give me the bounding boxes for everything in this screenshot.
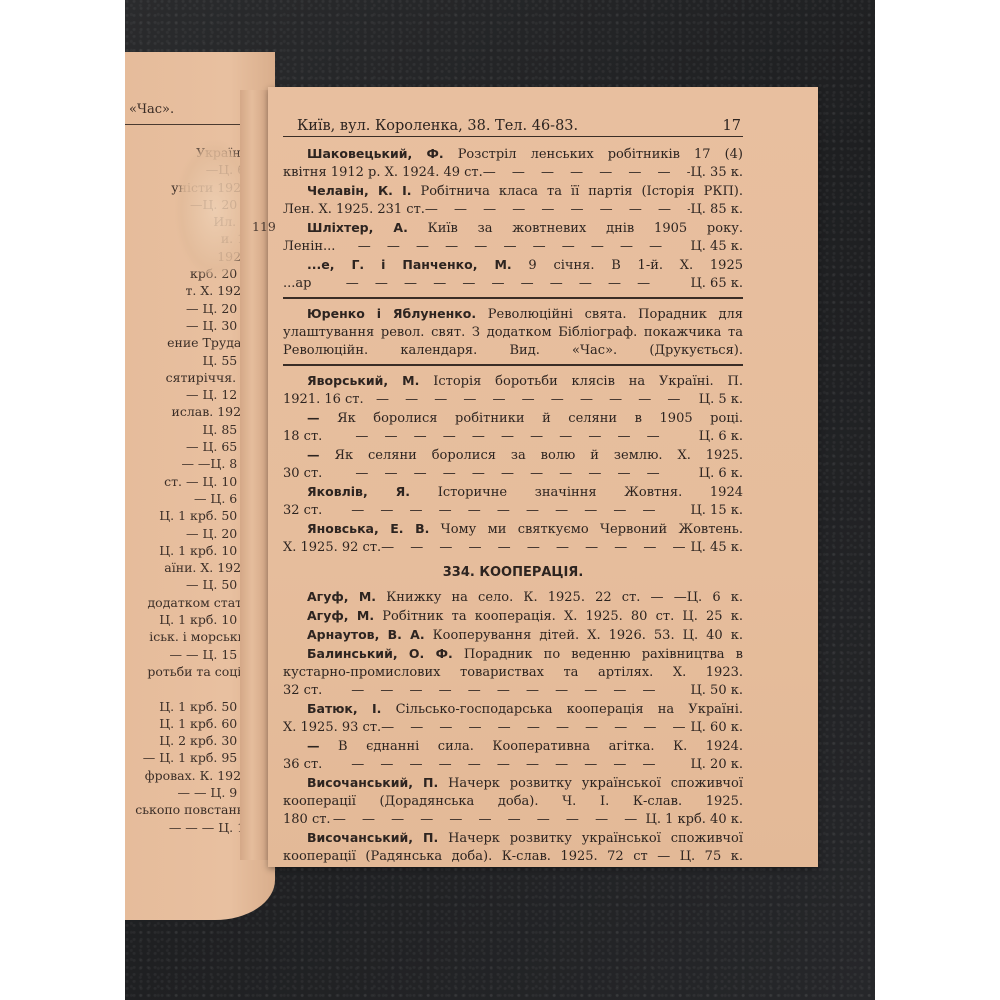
bibliography-entry: — Як боролися робітники й селяни в 1905 … — [283, 409, 743, 446]
dash-leader: — — — — — — — — — — — — [483, 164, 691, 182]
entry-price: Ц. 85 к. — [690, 201, 743, 219]
dash-leader: — — — — — — — — — — — — [322, 428, 698, 446]
entry-price-line: ...ар— — — — — — — — — — —Ц. 65 к. — [283, 275, 743, 293]
entry-first-line: — В єднанні сила. Кооперативна агітка. К… — [283, 737, 743, 756]
running-head: Київ, вул. Короленка, 38. Тел. 46-83. 17 — [283, 118, 743, 137]
entries-block-3: Яворський, М. Історія боротьби клясів на… — [283, 372, 743, 557]
entry-author: Батюк, І. — [307, 701, 381, 716]
entry-first-line: — Як селяни боролися за волю й землю. Х.… — [283, 446, 743, 465]
bibliography-entry: Арнаутов, В. А. Кооперування дітей. Х. 1… — [283, 626, 743, 645]
entry-author: Височанський, П. — [307, 775, 438, 790]
entry-price: Ц. 1 крб. 40 к. — [646, 811, 743, 829]
entry-first-line: Яновська, Е. В. Чому ми святкуємо Червон… — [283, 520, 743, 539]
margin-stub: 119 — [252, 219, 276, 234]
dash-leader: — — — — — — — — — — — — [364, 391, 699, 409]
dash-leader: — — — — — — — — — — — — [331, 811, 646, 829]
dash-leader: — — — — — — — — — — — — [311, 275, 690, 293]
entry-author: Шаковецький, Ф. — [307, 146, 444, 161]
bibliography-entry: Яковлів, Я. Історичне значіння Жовтня. 1… — [283, 483, 743, 520]
entries-block-1: Шаковецький, Ф. Розстріл ленських робітн… — [283, 145, 743, 293]
entry-price: Ц. 45 к. — [690, 238, 743, 256]
entry-text: Сільсько-господарська кооперація на Укра… — [396, 702, 743, 717]
dash-leader: — — — — — — — — — — — — [322, 502, 690, 520]
entry-price: Ц. 20 к. — [690, 756, 743, 774]
separator-rule — [283, 364, 743, 366]
bibliography-entry: Челавін, К. І. Робітнича класа та її пар… — [283, 182, 743, 219]
entry-first-line: Височанський, П. Начерк розвитку українс… — [283, 829, 743, 866]
entry-price-line: Х. 1925. 93 ст.— — — — — — — — — — —Ц. 6… — [283, 719, 743, 737]
entry-price: Ц. 15 к. — [690, 502, 743, 520]
bibliography-entry: Агуф, М. Робітник та кооперація. Х. 1925… — [283, 607, 743, 626]
bibliography-entry: — В єднанні сила. Кооперативна агітка. К… — [283, 737, 743, 774]
entry-price-line: Х. 1925. 92 ст.— — — — — — — — — — —Ц. 4… — [283, 539, 743, 557]
entry-text: Розстріл ленських робітників 17 (4) — [458, 147, 743, 162]
entry-author: — — [307, 410, 320, 425]
entry-author: — — [307, 447, 320, 462]
entry-continuation: Х. 1925. 92 ст. — [283, 539, 381, 557]
entry-text: Як селяни боролися за волю й землю. Х. 1… — [334, 448, 743, 463]
entry-author: ...е, Г. і Панченко, М. — [307, 257, 512, 272]
entry-author: Агуф, М. — [307, 608, 374, 623]
entry-price-line: 1921. 16 ст.— — — — — — — — — — —Ц. 5 к. — [283, 391, 743, 409]
entry-continuation: 18 ст. — [283, 428, 322, 446]
left-page-header: «Час». — [129, 102, 174, 117]
entry-author: — — [307, 738, 320, 753]
entry-continuation: 30 ст. — [283, 465, 322, 483]
entry-author: Яновська, Е. В. — [307, 521, 429, 536]
entry-price-line: квітня 1912 р. Х. 1924. 49 ст.— — — — — … — [283, 164, 743, 182]
bibliography-entry: Балинський, О. Ф. Порадник по веденню ра… — [283, 645, 743, 700]
entry-price-line: 36 ст.— — — — — — — — — — —Ц. 20 к. — [283, 756, 743, 774]
entry-author: Яковлів, Я. — [307, 484, 410, 499]
entry-continuation: Х. 1925. 93 ст. — [283, 719, 381, 737]
bibliography-entry: Височанський, П. Начерк розвитку українс… — [283, 774, 743, 829]
entry-price: Ц. 35 к. — [690, 164, 743, 182]
entry-text: 9 січня. В 1-й. Х. 1925 — [528, 258, 743, 273]
dash-leader: — — — — — — — — — — — — [322, 682, 690, 700]
entry-text: Кооперування дітей. Х. 1926. 53. Ц. 40 к… — [433, 628, 743, 643]
dash-leader: — — — — — — — — — — — — [322, 465, 698, 483]
entry-price: Ц. 5 к. — [699, 391, 743, 409]
entries-block-cooperation: Агуф, М. Книжку на село. К. 1925. 22 ст.… — [283, 588, 743, 866]
entry-first-line: Шаковецький, Ф. Розстріл ленських робітн… — [283, 145, 743, 164]
separator-rule — [283, 297, 743, 299]
entry-continuation: Ленін... — [283, 238, 335, 256]
entry-text: Робітнича класа та її партія (Історія РК… — [420, 184, 743, 199]
bibliography-entry: Шаковецький, Ф. Розстріл ленських робітн… — [283, 145, 743, 182]
bibliography-entry: Яновська, Е. В. Чому ми святкуємо Червон… — [283, 520, 743, 557]
page-number: 17 — [723, 118, 741, 134]
entry-continuation: 36 ст. — [283, 756, 322, 774]
bibliography-entry: Батюк, І. Сільсько-господарська кооперац… — [283, 700, 743, 737]
entry-price: Ц. 65 к. — [690, 275, 743, 293]
entry-price: Ц. 6 к. — [699, 465, 743, 483]
entry-text: Книжку на село. К. 1925. 22 ст. — —Ц. 6 … — [386, 590, 743, 605]
entry-price-line: 32 ст.— — — — — — — — — — —Ц. 50 к. — [283, 682, 743, 700]
entry-continuation: ...ар — [283, 275, 311, 293]
dash-leader: — — — — — — — — — — — — [381, 719, 690, 737]
entry-continuation: квітня 1912 р. Х. 1924. 49 ст. — [283, 164, 483, 182]
entry-author: Арнаутов, В. А. — [307, 627, 425, 642]
entry-text: Історія боротьби клясів на Україні. П. — [433, 374, 743, 389]
entry-text: Київ за жовтневих днів 1905 року. — [428, 221, 743, 236]
bibliography-entry: — Як селяни боролися за волю й землю. Х.… — [283, 446, 743, 483]
entry-first-line: — Як боролися робітники й селяни в 1905 … — [283, 409, 743, 428]
dash-leader: — — — — — — — — — — — — [335, 238, 690, 256]
entry-price-line: 30 ст.— — — — — — — — — — —Ц. 6 к. — [283, 465, 743, 483]
dash-leader: — — — — — — — — — — — — [425, 201, 691, 219]
entry-price: Ц. 60 к. — [690, 719, 743, 737]
entry-text: Історичне значіння Жовтня. 1924 — [438, 485, 743, 500]
entry-continuation: Лен. Х. 1925. 231 ст. — [283, 201, 425, 219]
dash-leader: — — — — — — — — — — — — [322, 756, 690, 774]
entry-author: Височанський, П. — [307, 830, 438, 845]
entry-text: Чому ми святкуємо Червоний Жовтень. — [441, 522, 743, 537]
entry-author: Балинський, О. Ф. — [307, 646, 453, 661]
entry-price-line: Лен. Х. 1925. 231 ст.— — — — — — — — — —… — [283, 201, 743, 219]
entry-first-line: Височанський, П. Начерк розвитку українс… — [283, 774, 743, 811]
entry-first-line: ...е, Г. і Панченко, М. 9 січня. В 1-й. … — [283, 256, 743, 275]
entry-price: Ц. 45 к. — [690, 539, 743, 557]
bibliography-entry: Яворський, М. Історія боротьби клясів на… — [283, 372, 743, 409]
entry-first-line: Агуф, М. Книжку на село. К. 1925. 22 ст.… — [283, 588, 743, 607]
entry-first-line: Арнаутов, В. А. Кооперування дітей. Х. 1… — [283, 626, 743, 645]
entry-author: Яворський, М. — [307, 373, 419, 388]
bibliography-entry: Шліхтер, А. Київ за жовтневих днів 1905 … — [283, 219, 743, 256]
entry-first-line: Балинський, О. Ф. Порадник по веденню ра… — [283, 645, 743, 682]
entry-first-line: Агуф, М. Робітник та кооперація. Х. 1925… — [283, 607, 743, 626]
entry-text: Як боролися робітники й селяни в 1905 ро… — [337, 411, 743, 426]
entry-author: Юренко і Яблуненко. — [307, 306, 476, 321]
page-gutter — [240, 90, 270, 860]
entry-continuation: 180 ст. — [283, 811, 331, 829]
dash-leader: — — — — — — — — — — — — [381, 539, 690, 557]
entry-first-line: Шліхтер, А. Київ за жовтневих днів 1905 … — [283, 219, 743, 238]
entry-price-line: Ленін...— — — — — — — — — — —Ц. 45 к. — [283, 238, 743, 256]
entry-price: Ц. 50 к. — [690, 682, 743, 700]
right-page-content: Київ, вул. Короленка, 38. Тел. 46-83. 17… — [283, 118, 743, 866]
entry-price: Ц. 6 к. — [699, 428, 743, 446]
bibliography-entry: ...е, Г. і Панченко, М. 9 січня. В 1-й. … — [283, 256, 743, 293]
entry-price-line: 180 ст.— — — — — — — — — — —Ц. 1 крб. 40… — [283, 811, 743, 829]
entry-author: Шліхтер, А. — [307, 220, 408, 235]
entry-price-line: 32 ст.— — — — — — — — — — —Ц. 15 к. — [283, 502, 743, 520]
section-title: 334. КООПЕРАЦІЯ. — [283, 565, 743, 580]
bibliography-entry: Височанський, П. Начерк розвитку українс… — [283, 829, 743, 866]
bibliography-entry: Агуф, М. Книжку на село. К. 1925. 22 ст.… — [283, 588, 743, 607]
entry-text: Робітник та кооперація. Х. 1925. 80 ст. … — [382, 609, 743, 624]
entry-text: В єднанні сила. Кооперативна агітка. К. … — [338, 739, 743, 754]
entry-price-line: 18 ст.— — — — — — — — — — —Ц. 6 к. — [283, 428, 743, 446]
entry-first-line: Яковлів, Я. Історичне значіння Жовтня. 1… — [283, 483, 743, 502]
entry-yurenko: Юренко і Яблуненко. Революційні свята. П… — [283, 305, 743, 360]
entry-first-line: Батюк, І. Сільсько-господарська кооперац… — [283, 700, 743, 719]
entry-first-line: Яворський, М. Історія боротьби клясів на… — [283, 372, 743, 391]
entry-continuation: 1921. 16 ст. — [283, 391, 364, 409]
entry-first-line: Челавін, К. І. Робітнича класа та її пар… — [283, 182, 743, 201]
entry-continuation: 32 ст. — [283, 502, 322, 520]
entry-author: Челавін, К. І. — [307, 183, 412, 198]
entry-author: Агуф, М. — [307, 589, 376, 604]
running-head-address: Київ, вул. Короленка, 38. Тел. 46-83. — [297, 118, 578, 134]
left-header-rule — [125, 124, 245, 125]
entry-continuation: 32 ст. — [283, 682, 322, 700]
